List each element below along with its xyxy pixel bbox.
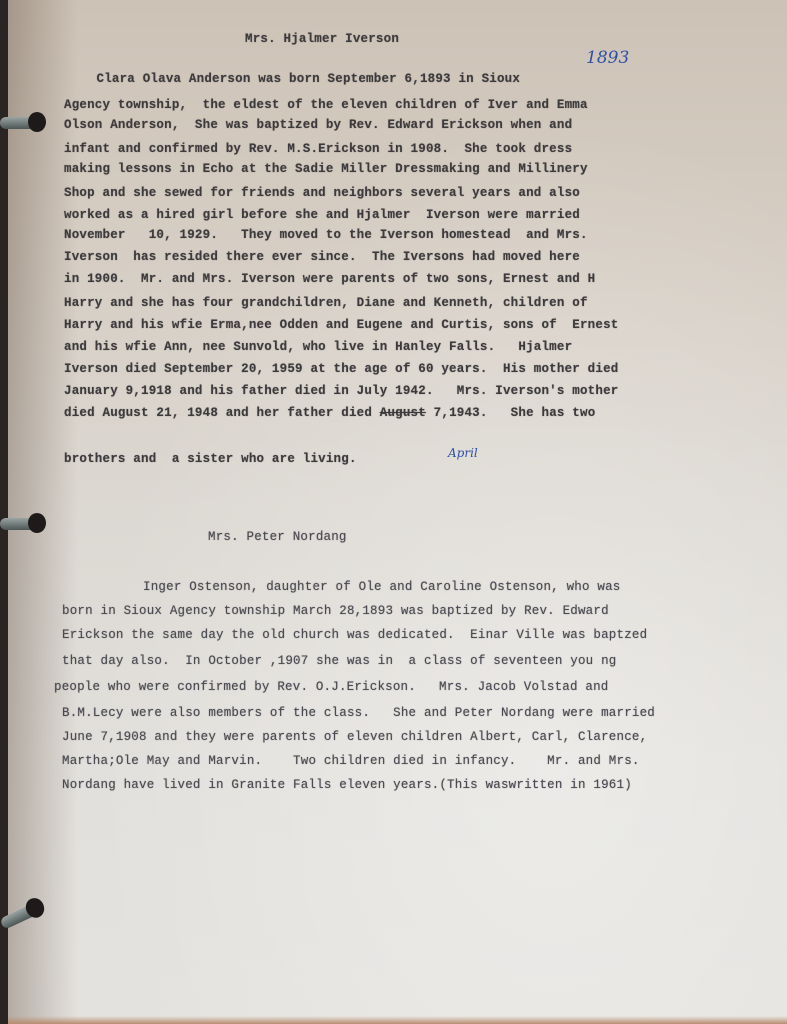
text-line: Harry and his wfie Erma,nee Odden and Eu… xyxy=(64,318,619,332)
text-line: B.M.Lecy were also members of the class.… xyxy=(62,706,655,720)
text-line: died August 21, 1948 and her father died… xyxy=(64,406,595,420)
text-line: Martha;Ole May and Marvin. Two children … xyxy=(62,754,640,768)
text-line: Iverson died September 20, 1959 at the a… xyxy=(64,362,619,376)
text-line: that day also. In October ,1907 she was … xyxy=(62,654,617,668)
binder-ring xyxy=(0,902,41,930)
text-line: Clara Olava Anderson was born September … xyxy=(58,72,520,86)
text-line: Shop and she sewed for friends and neigh… xyxy=(64,186,580,200)
text-line: Olson Anderson, She was baptized by Rev.… xyxy=(64,118,572,132)
text-line: worked as a hired girl before she and Hj… xyxy=(64,208,580,222)
struck-word: August xyxy=(380,406,426,420)
text-line: Nordang have lived in Granite Falls elev… xyxy=(62,778,632,792)
handwritten-year-correction: 1893 xyxy=(586,48,629,68)
text-line: Agency township, the eldest of the eleve… xyxy=(64,98,588,112)
section-title: Mrs. Peter Nordang xyxy=(208,530,347,544)
text-line: brothers and a sister who are living. xyxy=(64,452,357,466)
punch-hole xyxy=(23,895,48,921)
text-line: Erickson the same day the old church was… xyxy=(62,628,647,642)
binder-ring xyxy=(0,518,40,530)
text-line: and his wfie Ann, nee Sunvold, who live … xyxy=(64,340,572,354)
text-line: making lessons in Echo at the Sadie Mill… xyxy=(64,162,588,176)
text-line: November 10, 1929. They moved to the Ive… xyxy=(64,228,588,242)
text-line: infant and confirmed by Rev. M.S.Erickso… xyxy=(64,142,572,156)
text-line: people who were confirmed by Rev. O.J.Er… xyxy=(54,680,609,694)
punch-hole xyxy=(28,112,46,132)
text-line: January 9,1918 and his father died in Ju… xyxy=(64,384,619,398)
typed-document-page: Mrs. Hjalmer Iverson 1893 Clara Olava An… xyxy=(8,0,787,1024)
punch-hole xyxy=(28,513,46,533)
text-line: Harry and she has four grandchildren, Di… xyxy=(64,296,588,310)
text-line: Iverson has resided there ever since. Th… xyxy=(64,250,580,264)
text-line: Inger Ostenson, daughter of Ole and Caro… xyxy=(66,580,621,594)
handwritten-month-correction: April xyxy=(448,446,478,460)
text-line: born in Sioux Agency township March 28,1… xyxy=(62,604,609,618)
section-title: Mrs. Hjalmer Iverson xyxy=(245,32,399,46)
text-line: June 7,1908 and they were parents of ele… xyxy=(62,730,647,744)
text-line: in 1900. Mr. and Mrs. Iverson were paren… xyxy=(64,272,595,286)
binder-ring xyxy=(0,117,40,129)
